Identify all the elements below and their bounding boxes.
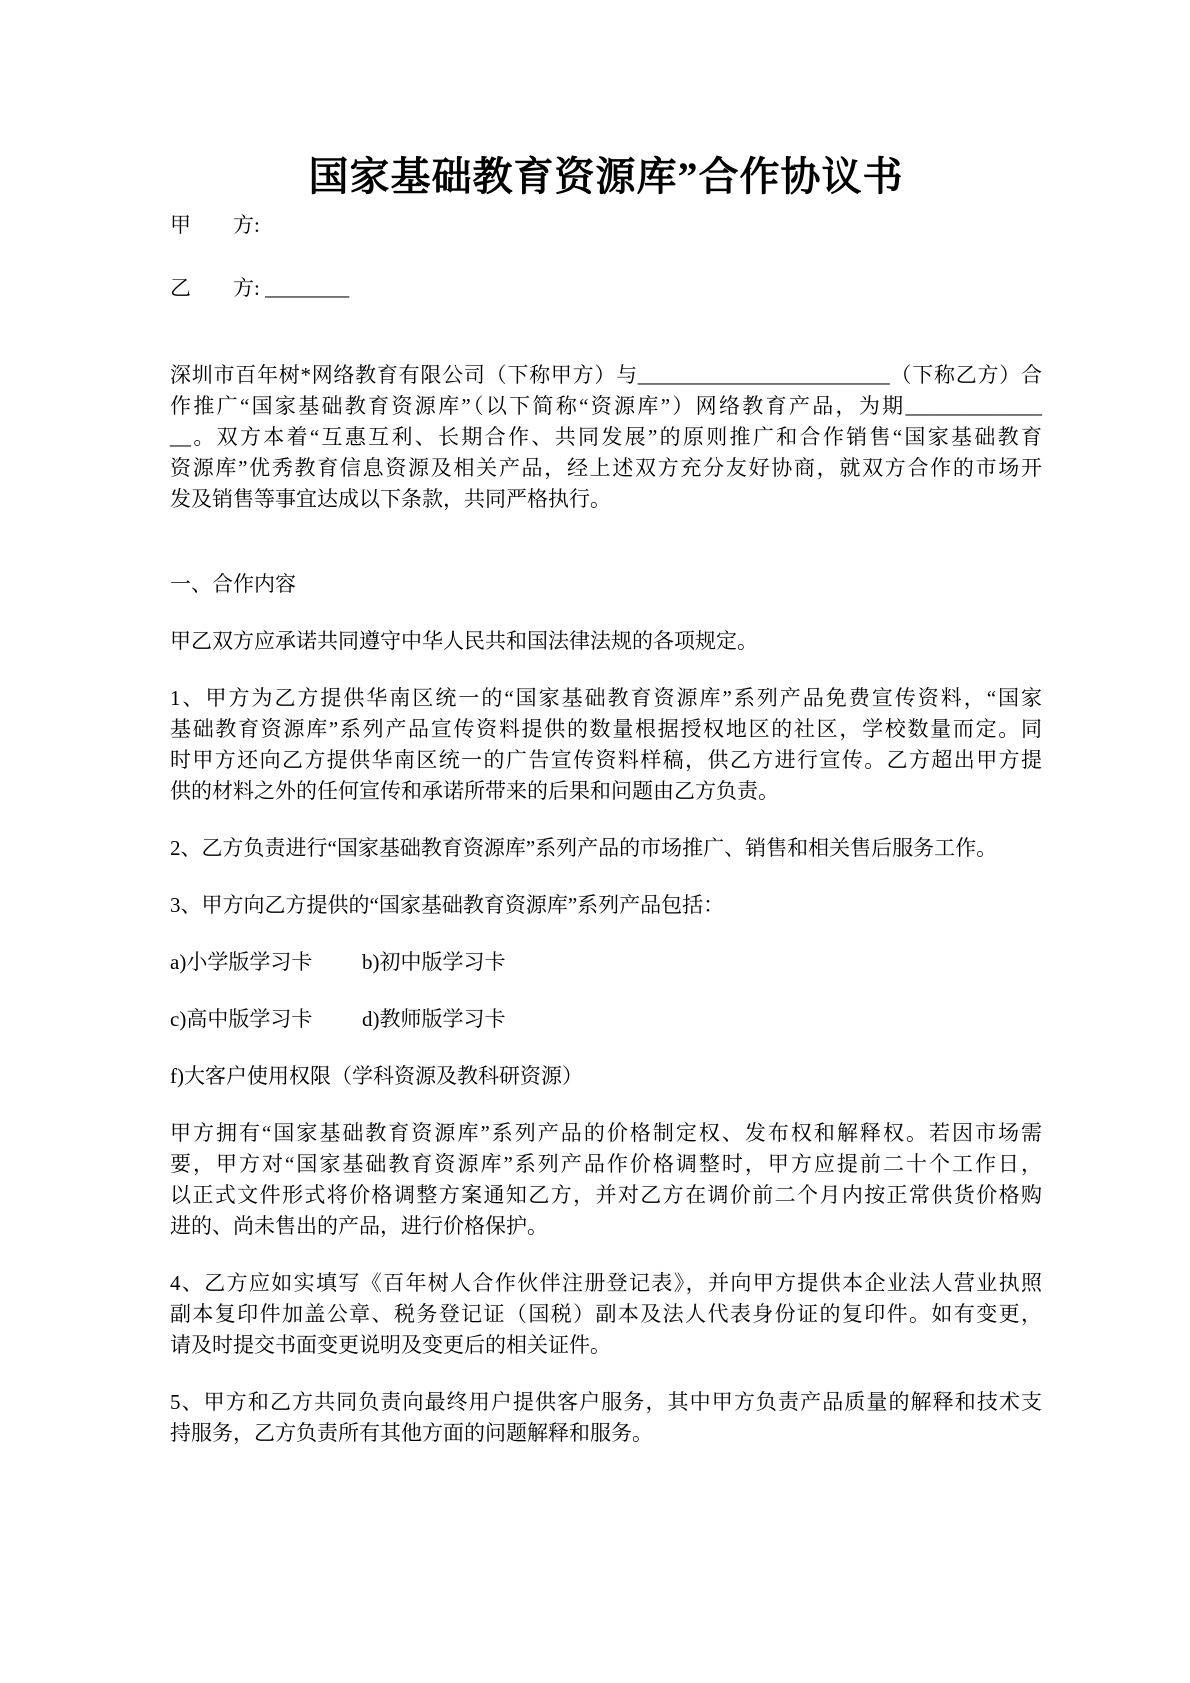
pricing-line: 以正式文件形式将价格调整方案通知乙方，并对乙方在调价前二个月内按正常供货价格购 [170,1180,1042,1211]
clause-1-paragraph: 1、甲方为乙方提供华南区统一的“国家基础教育资源库”系列产品免费宣传资料，“国家… [170,683,1042,807]
clause-4-paragraph: 4、乙方应如实填写《百年树人合作伙伴注册登记表》，并向甲方提供本企业法人营业执照… [170,1268,1042,1361]
clause-1-line: 供的材料之外的任何宣传和承诺所带来的后果和问题由乙方负责。 [170,776,1042,807]
party-a-line: 甲 方: [170,210,1042,241]
document-page: 国家基础教育资源库”合作协议书 甲 方: 乙 方: ________ 深圳市百年… [0,0,1190,1683]
intro-line: 作推广“国家基础教育资源库”（以下简称“资源库”）网络教育产品，为期______… [170,391,1042,422]
clause-4-line: 请及时提交书面变更说明及变更后的相关证件。 [170,1330,1042,1361]
product-row-2: c)高中版学习卡d)教师版学习卡 [170,1004,1042,1035]
product-item-c: c)高中版学习卡 [170,1004,362,1035]
product-item-d: d)教师版学习卡 [362,1007,506,1031]
intro-line: __。双方本着“互惠互利、长期合作、共同发展”的原则推广和合作销售“国家基础教育 [170,422,1042,453]
party-b-line: 乙 方: ________ [170,273,1042,304]
section-1-heading: 一、合作内容 [170,569,1042,600]
clause-5-line: 5、甲方和乙方共同负责向最终用户提供客户服务，其中甲方负责产品质量的解释和技术支 [170,1387,1042,1418]
product-row-3: f)大客户使用权限（学科资源及教科研资源） [170,1061,1042,1092]
intro-line: 深圳市百年树*网络教育有限公司（下称甲方）与__________________… [170,360,1042,391]
clause-5-paragraph: 5、甲方和乙方共同负责向最终用户提供客户服务，其中甲方负责产品质量的解释和技术支… [170,1387,1042,1449]
clause-4-line: 副本复印件加盖公章、税务登记证（国税）副本及法人代表身份证的复印件。如有变更， [170,1299,1042,1330]
clause-4-line: 4、乙方应如实填写《百年树人合作伙伴注册登记表》，并向甲方提供本企业法人营业执照 [170,1268,1042,1299]
clause-1-line: 基础教育资源库”系列产品宣传资料提供的数量根据授权地区的社区，学校数量而定。同 [170,714,1042,745]
pricing-line: 进的、尚未售出的产品，进行价格保护。 [170,1211,1042,1242]
intro-line: 发及销售等事宜达成以下条款，共同严格执行。 [170,484,1042,515]
intro-paragraph: 深圳市百年树*网络教育有限公司（下称甲方）与__________________… [170,360,1042,515]
product-item-b: b)初中版学习卡 [362,950,506,974]
clause-1-line: 1、甲方为乙方提供华南区统一的“国家基础教育资源库”系列产品免费宣传资料，“国家 [170,683,1042,714]
intro-line: 资源库”优秀教育信息资源及相关产品，经上述双方充分友好协商，就双方合作的市场开 [170,453,1042,484]
pricing-line: 甲方拥有“国家基础教育资源库”系列产品的价格制定权、发布权和解释权。若因市场需 [170,1118,1042,1149]
product-item-a: a)小学版学习卡 [170,947,362,978]
document-title: 国家基础教育资源库”合作协议书 [170,150,1042,204]
product-row-1: a)小学版学习卡b)初中版学习卡 [170,947,1042,978]
clause-2-paragraph: 2、乙方负责进行“国家基础教育资源库”系列产品的市场推广、销售和相关售后服务工作… [170,833,1042,864]
pricing-line: 要，甲方对“国家基础教育资源库”系列产品作价格调整时，甲方应提前二十个工作日， [170,1149,1042,1180]
compliance-paragraph: 甲乙双方应承诺共同遵守中华人民共和国法律法规的各项规定。 [170,626,1042,657]
clause-1-line: 时甲方还向乙方提供华南区统一的广告宣传资料样稿，供乙方进行宣传。乙方超出甲方提 [170,745,1042,776]
pricing-paragraph: 甲方拥有“国家基础教育资源库”系列产品的价格制定权、发布权和解释权。若因市场需 … [170,1118,1042,1242]
clause-5-line: 持服务，乙方负责所有其他方面的问题解释和服务。 [170,1418,1042,1449]
clause-3-paragraph: 3、甲方向乙方提供的“国家基础教育资源库”系列产品包括： [170,890,1042,921]
